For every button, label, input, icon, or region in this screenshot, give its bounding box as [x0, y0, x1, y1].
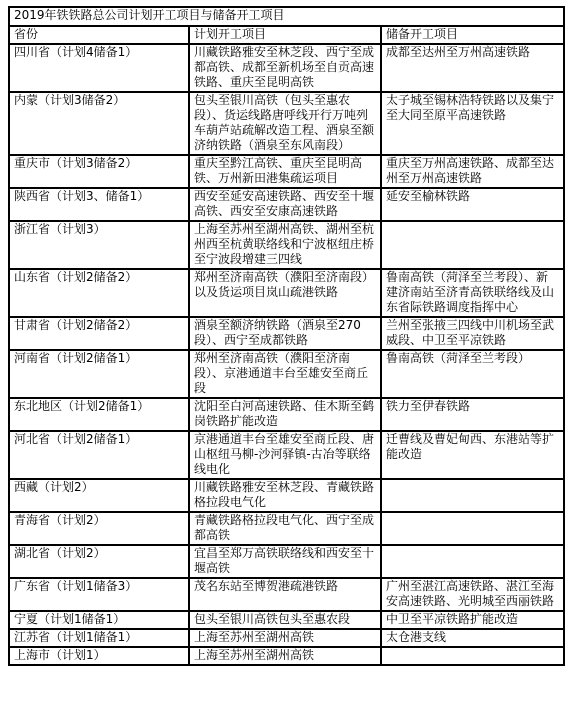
table-row: 内蒙（计划3储备2） 包头至银川高铁（包头至惠农段）、货运线路唐呼线开行万吨列车…	[9, 92, 564, 155]
title-row: 2019年铁铁路总公司计划开工项目与储备开工项目	[9, 7, 564, 26]
table-row: 宁夏（计划1储备1） 包头至银川高铁包头至惠农段 中卫至平凉铁路扩能改造	[9, 611, 564, 629]
reserve-projects-cell: 兰州至张掖三四线中川机场至武威段、中卫至平凉铁路	[381, 317, 564, 350]
planned-projects-cell: 茂名东站至博贺港疏港铁路	[189, 578, 381, 611]
province-cell: 湖北省（计划2）	[9, 545, 189, 578]
planned-projects-cell: 重庆至黔江高铁、重庆至昆明高铁、万州新田港集疏运项目	[189, 155, 381, 188]
table-row: 东北地区（计划2储备1） 沈阳至白河高速铁路、佳木斯至鹤岗铁路扩能改造 铁力至伊…	[9, 398, 564, 431]
reserve-projects-cell	[381, 221, 564, 269]
province-cell: 重庆市（计划3储备2）	[9, 155, 189, 188]
table-row: 山东省（计划2储备2） 郑州至济南高铁（濮阳至济南段）以及货运项目岚山疏港铁路 …	[9, 269, 564, 317]
province-cell: 四川省（计划4储备1）	[9, 44, 189, 92]
reserve-projects-cell: 重庆至万州高速铁路、成都至达州至万州高速铁路	[381, 155, 564, 188]
province-cell: 青海省（计划2）	[9, 512, 189, 545]
table-row: 重庆市（计划3储备2） 重庆至黔江高铁、重庆至昆明高铁、万州新田港集疏运项目 重…	[9, 155, 564, 188]
province-cell: 江苏省（计划1储备1）	[9, 629, 189, 647]
reserve-projects-cell: 太仓港支线	[381, 629, 564, 647]
projects-table: 2019年铁铁路总公司计划开工项目与储备开工项目 省份 计划开工项目 储备开工项…	[8, 6, 565, 666]
reserve-projects-cell: 成都至达州至万州高速铁路	[381, 44, 564, 92]
province-cell: 河北省（计划2储备1）	[9, 431, 189, 479]
planned-projects-cell: 青藏铁路格拉段电气化、西宁至成都高铁	[189, 512, 381, 545]
reserve-projects-cell: 广州至湛江高速铁路、湛江至海安高速铁路、光明城至西丽铁路	[381, 578, 564, 611]
province-cell: 陕西省（计划3、储备1）	[9, 188, 189, 221]
planned-projects-cell: 郑州至济南高铁（濮阳至济南段）以及货运项目岚山疏港铁路	[189, 269, 381, 317]
planned-projects-cell: 西安至延安高速铁路、西安至十堰高铁、西安至安康高速铁路	[189, 188, 381, 221]
table-row: 上海市（计划1） 上海至苏州至湖州高铁	[9, 647, 564, 665]
table-row: 江苏省（计划1储备1） 上海至苏州至湖州高铁 太仓港支线	[9, 629, 564, 647]
table-row: 湖北省（计划2） 宜昌至郑万高铁联络线和西安至十堰高铁	[9, 545, 564, 578]
reserve-projects-cell: 铁力至伊春铁路	[381, 398, 564, 431]
planned-projects-cell: 川藏铁路雅安至林芝段、青藏铁路格拉段电气化	[189, 479, 381, 512]
planned-projects-cell: 川藏铁路雅安至林芝段、西宁至成都高铁、成都至新机场至自贡高速铁路、重庆至昆明高铁	[189, 44, 381, 92]
planned-projects-cell: 酒泉至额济纳铁路（酒泉至270段）、西宁至成都铁路	[189, 317, 381, 350]
province-cell: 浙江省（计划3）	[9, 221, 189, 269]
planned-projects-cell: 包头至银川高铁（包头至惠农段）、货运线路唐呼线开行万吨列车葫芦站疏解改造工程、酒…	[189, 92, 381, 155]
planned-projects-cell: 包头至银川高铁包头至惠农段	[189, 611, 381, 629]
province-cell: 甘肃省（计划2储备2）	[9, 317, 189, 350]
planned-projects-cell: 宜昌至郑万高铁联络线和西安至十堰高铁	[189, 545, 381, 578]
province-cell: 宁夏（计划1储备1）	[9, 611, 189, 629]
table-row: 青海省（计划2） 青藏铁路格拉段电气化、西宁至成都高铁	[9, 512, 564, 545]
header-province: 省份	[9, 26, 189, 44]
table-row: 西藏（计划2） 川藏铁路雅安至林芝段、青藏铁路格拉段电气化	[9, 479, 564, 512]
header-planned-projects: 计划开工项目	[189, 26, 381, 44]
table-row: 河南省（计划2储备1） 郑州至济南高铁（濮阳至济南段）、京港通道丰台至雄安至商丘…	[9, 350, 564, 398]
reserve-projects-cell: 鲁南高铁（菏泽至兰考段）	[381, 350, 564, 398]
table-row: 四川省（计划4储备1） 川藏铁路雅安至林芝段、西宁至成都高铁、成都至新机场至自贡…	[9, 44, 564, 92]
province-cell: 内蒙（计划3储备2）	[9, 92, 189, 155]
province-cell: 山东省（计划2储备2）	[9, 269, 189, 317]
planned-projects-cell: 上海至苏州至湖州高铁	[189, 629, 381, 647]
reserve-projects-cell: 迁曹线及曹妃甸西、东港站等扩能改造	[381, 431, 564, 479]
reserve-projects-cell: 延安至榆林铁路	[381, 188, 564, 221]
reserve-projects-cell	[381, 479, 564, 512]
reserve-projects-cell	[381, 545, 564, 578]
planned-projects-cell: 京港通道丰台至雄安至商丘段、唐山枢纽马柳-沙河驿镇-古冶等联络线电化	[189, 431, 381, 479]
planned-projects-cell: 郑州至济南高铁（濮阳至济南段）、京港通道丰台至雄安至商丘段	[189, 350, 381, 398]
reserve-projects-cell: 中卫至平凉铁路扩能改造	[381, 611, 564, 629]
province-cell: 东北地区（计划2储备1）	[9, 398, 189, 431]
planned-projects-cell: 沈阳至白河高速铁路、佳木斯至鹤岗铁路扩能改造	[189, 398, 381, 431]
reserve-projects-cell: 太子城至锡林浩特铁路以及集宁至大同至原平高速铁路	[381, 92, 564, 155]
table-row: 陕西省（计划3、储备1） 西安至延安高速铁路、西安至十堰高铁、西安至安康高速铁路…	[9, 188, 564, 221]
table-row: 浙江省（计划3） 上海至苏州至湖州高铁、湖州至杭州西至杭黄联络线和宁波枢纽庄桥至…	[9, 221, 564, 269]
province-cell: 上海市（计划1）	[9, 647, 189, 665]
header-reserve-projects: 储备开工项目	[381, 26, 564, 44]
province-cell: 广东省（计划1储备3）	[9, 578, 189, 611]
table-row: 甘肃省（计划2储备2） 酒泉至额济纳铁路（酒泉至270段）、西宁至成都铁路 兰州…	[9, 317, 564, 350]
page: 2019年铁铁路总公司计划开工项目与储备开工项目 省份 计划开工项目 储备开工项…	[0, 0, 573, 666]
reserve-projects-cell	[381, 647, 564, 665]
table-row: 河北省（计划2储备1） 京港通道丰台至雄安至商丘段、唐山枢纽马柳-沙河驿镇-古冶…	[9, 431, 564, 479]
planned-projects-cell: 上海至苏州至湖州高铁	[189, 647, 381, 665]
page-title: 2019年铁铁路总公司计划开工项目与储备开工项目	[9, 7, 564, 26]
table-row: 广东省（计划1储备3） 茂名东站至博贺港疏港铁路 广州至湛江高速铁路、湛江至海安…	[9, 578, 564, 611]
planned-projects-cell: 上海至苏州至湖州高铁、湖州至杭州西至杭黄联络线和宁波枢纽庄桥至宁波段增建三四线	[189, 221, 381, 269]
province-cell: 西藏（计划2）	[9, 479, 189, 512]
province-cell: 河南省（计划2储备1）	[9, 350, 189, 398]
reserve-projects-cell: 鲁南高铁（菏泽至兰考段）、新建济南站至济青高铁联络线及山东省际铁路调度指挥中心	[381, 269, 564, 317]
header-row: 省份 计划开工项目 储备开工项目	[9, 26, 564, 44]
reserve-projects-cell	[381, 512, 564, 545]
